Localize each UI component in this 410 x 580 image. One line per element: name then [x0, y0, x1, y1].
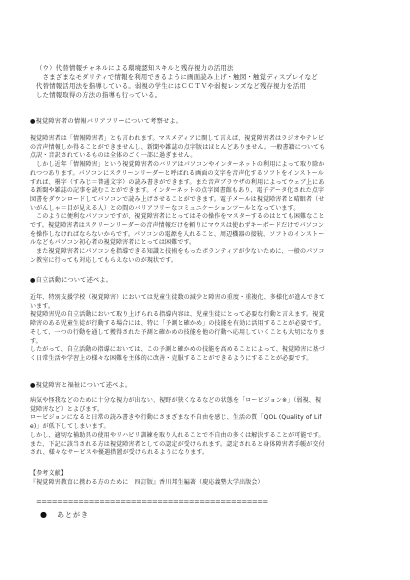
section-paragraph-welfare: 病気や怪我などのために十分な視力が出ない、視野が狭くなるなどの状態を「ロービジョ…: [30, 397, 400, 458]
text-line: した情報取得の方法の指導も行っている。: [36, 91, 366, 100]
text-line: 視覚障害者は「情報障害者」とも言われます。マスメディアに関して言えば、視覚障害者…: [30, 135, 400, 144]
text-line: このように便利なパソコンですが、視覚障害者にとってはその操作をマスターするのはと…: [30, 213, 400, 222]
text-line: ルなどもパソコン初心者の視覚障害者にとっては困難です。: [30, 239, 400, 248]
text-line: 点訳・音訳されているものは全体のごく一部に過ぎません。: [30, 152, 400, 161]
text-line: ロービジョンになると日常の読み書きや行動にさまざまな不自由を感じ、生活の質「QO…: [30, 414, 400, 423]
separator-line: ========================================…: [36, 498, 268, 506]
afterword-row: ● あとがき: [40, 510, 89, 520]
document-page: （ウ）代替情報チャネルによる環境認知スキルと残存視力の活用法 さまざまなモダリテ…: [0, 0, 410, 580]
text-line: です。視覚障害者はスクリーンリーダーの音声情報だけを頼りにマウスは使わずキーボー…: [30, 222, 400, 231]
text-line: しかし、適切な補助具の使用やリハビリ訓練を取り入れることで不自由の多くは解決する…: [30, 432, 400, 441]
references-block: 【参考文献】 『視覚障害教育に携わる方のために 四訂版』香川邦生編著（慶応義塾大…: [30, 470, 400, 487]
section-heading-info-barrier-free: ●視覚障害者の情報バリアフリーについて考察せよ。: [30, 118, 182, 126]
text-line: すれば、墨字（すみじ＝普通文字）の読み書きができます。また音声ブラウザの利用によ…: [30, 179, 400, 188]
text-line: く日常生活や学習上の様々な困難を主体的に改善・克服することができるようにすること…: [30, 355, 400, 364]
bullet-icon: ●: [40, 511, 47, 519]
text-line: る新聞や雑誌の記事を読むことができます。インターネットの点字図書館もあり、電子デ…: [30, 187, 400, 196]
text-line: され、様々なサービスや優遇措置が受けられるようになります。: [30, 449, 400, 458]
intro-block: （ウ）代替情報チャネルによる環境認知スキルと残存視力の活用法 さまざまなモダリテ…: [36, 64, 366, 100]
text-line: れつつあります。パソコンにスクリーンリーダーと呼ばれる画面の文字を音声化するソフ…: [30, 170, 400, 179]
text-line: そして、一つの行動を通して獲得された予測と確かめの技能を他の行動へ応用していくこ…: [30, 329, 400, 338]
text-line: e)」が低下してしまいます。: [30, 423, 400, 432]
text-line: 障害のある児童生徒が行動する場合には、特に「予測と確かめ」の技能を有効に活用する…: [30, 320, 400, 329]
text-line: また視覚障害者にパソコンを指導できる知識と技術をもったボランティアが少ないために…: [30, 248, 400, 257]
text-line: 近年、特別支援学校（視覚障害）においては児童生徒数の減少と障害の重度・重複化、多…: [30, 294, 400, 303]
text-line: したがって、自立活動の指導においては、この予測と確かめの技能を高めることによって…: [30, 346, 400, 355]
section-heading-independence-activities: ●自立活動について述べよ。: [30, 277, 112, 285]
text-line: また、下記に該当される方は視覚障害者としての認定が受けられます。認定されると身体…: [30, 441, 400, 450]
section-paragraph-info-barrier-free: 視覚障害者は「情報障害者」とも言われます。マスメディアに関して言えば、視覚障害者…: [30, 135, 400, 266]
text-line: 病気や怪我などのために十分な視力が出ない、視野が狭くなるなどの状態を「ロービジョ…: [30, 397, 400, 406]
text-line: す。: [30, 338, 400, 347]
text-line: 図書をダウンロードしてパソコンで読み上げさせることができます。電子メールは視覚障…: [30, 196, 400, 205]
references-heading: 【参考文献】: [30, 470, 400, 479]
text-line: しかし近年「情報障害」という視覚障害者のバリアはパソコンやインターネットの利用に…: [30, 161, 400, 170]
section-heading-welfare: ●視覚障害と福祉について述べよ。: [30, 382, 131, 390]
text-line: さまざまなモダリティで情報を利用できるように画面読み上げ・触図・触覚ディスプレイ…: [36, 73, 366, 82]
references-entry: 『視覚障害教育に携わる方のために 四訂版』香川邦生編著（慶応義塾大学出版会）: [30, 479, 400, 488]
text-line: ン教室に行っても対応してもらえないのが現状です。: [30, 257, 400, 266]
afterword-label: あとがき: [57, 510, 89, 520]
text-line: 代替情報活用法を指導している。弱視の学生にはＣＣＴＶや弱視レンズなど残存視力を活…: [36, 82, 366, 91]
text-line: （ウ）代替情報チャネルによる環境認知スキルと残存視力の活用法: [36, 64, 366, 73]
section-paragraph-independence-activities: 近年、特別支援学校（視覚障害）においては児童生徒数の減少と障害の重度・重複化、多…: [30, 294, 400, 364]
text-line: 視覚障害児の自立活動において取り上げられる指導内容は、児童生徒にとって必要な行動…: [30, 311, 400, 320]
